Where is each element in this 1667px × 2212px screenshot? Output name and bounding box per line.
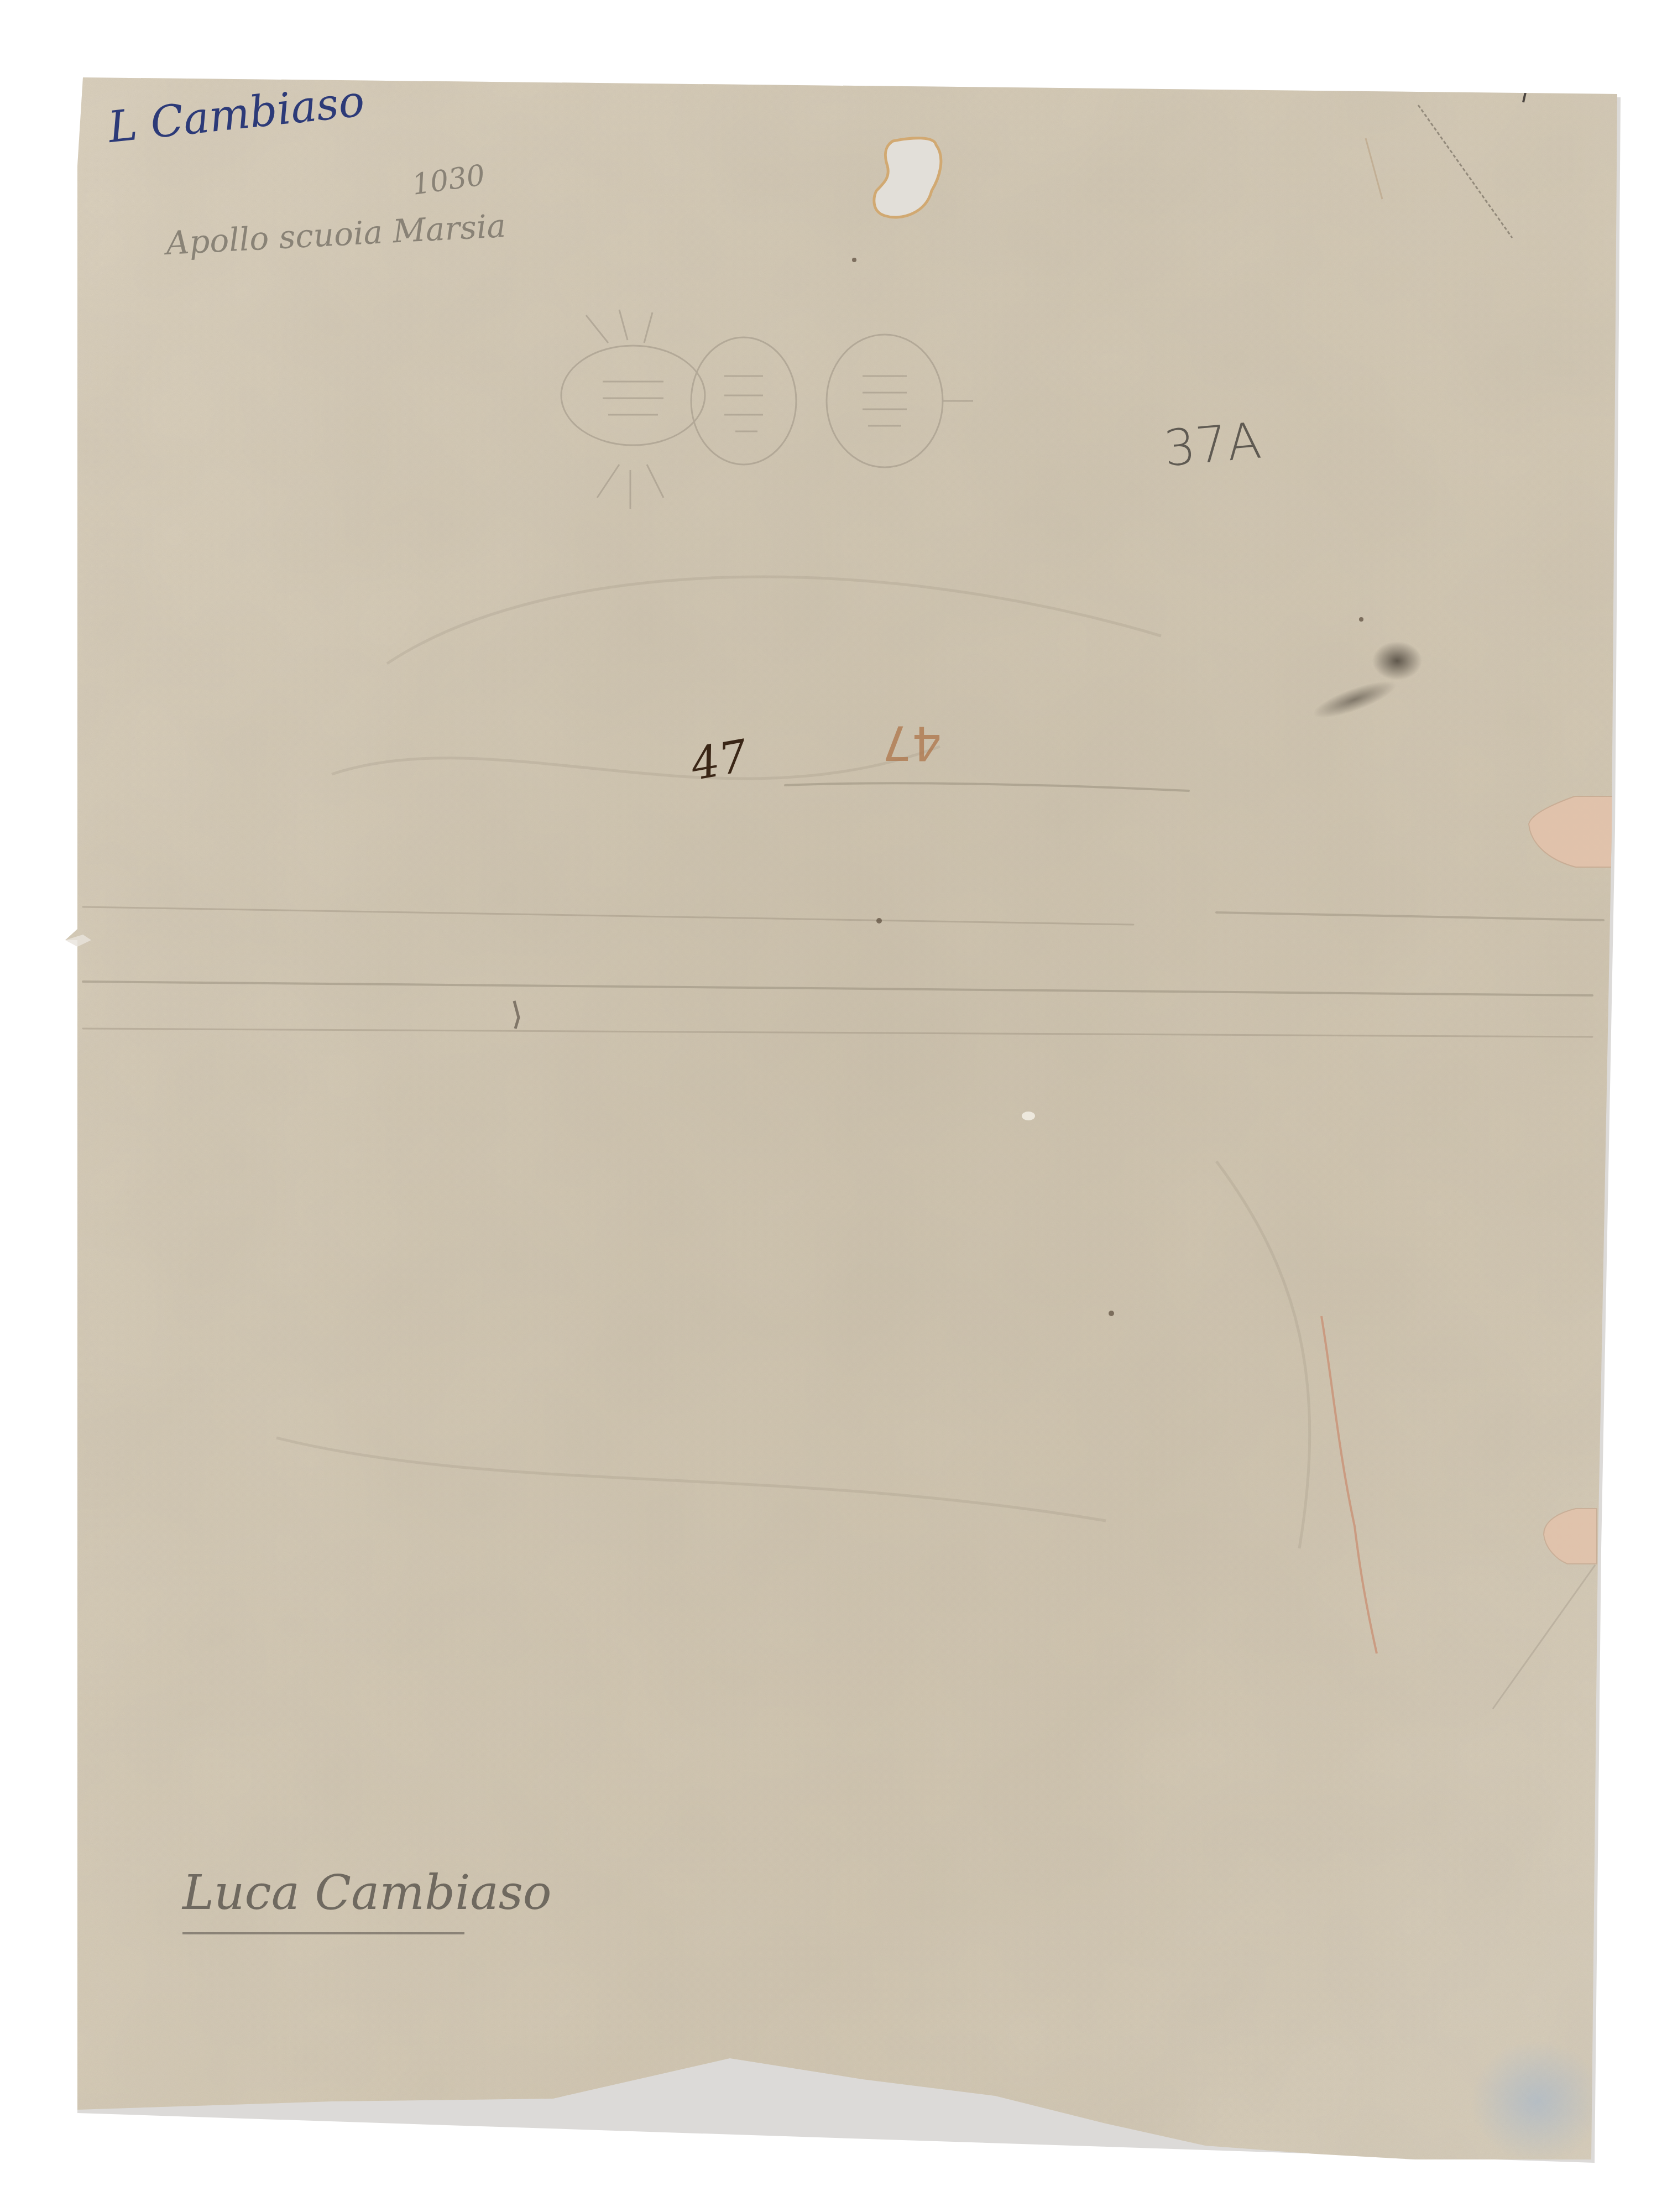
blue-tint-stain — [1471, 2041, 1603, 2162]
signature-underline — [182, 1932, 464, 1934]
number-sepia-reversed: 47 — [882, 719, 942, 766]
signature-text: Luca Cambiaso — [182, 1869, 552, 1917]
number-brown-ink: 47 — [688, 734, 751, 787]
catalog-number: 37A — [1162, 416, 1263, 474]
signature: Luca Cambiaso — [182, 1869, 552, 1934]
document-viewer: L Cambiaso 1030 Apollo scuoia Marsia 37A… — [0, 0, 1667, 2212]
